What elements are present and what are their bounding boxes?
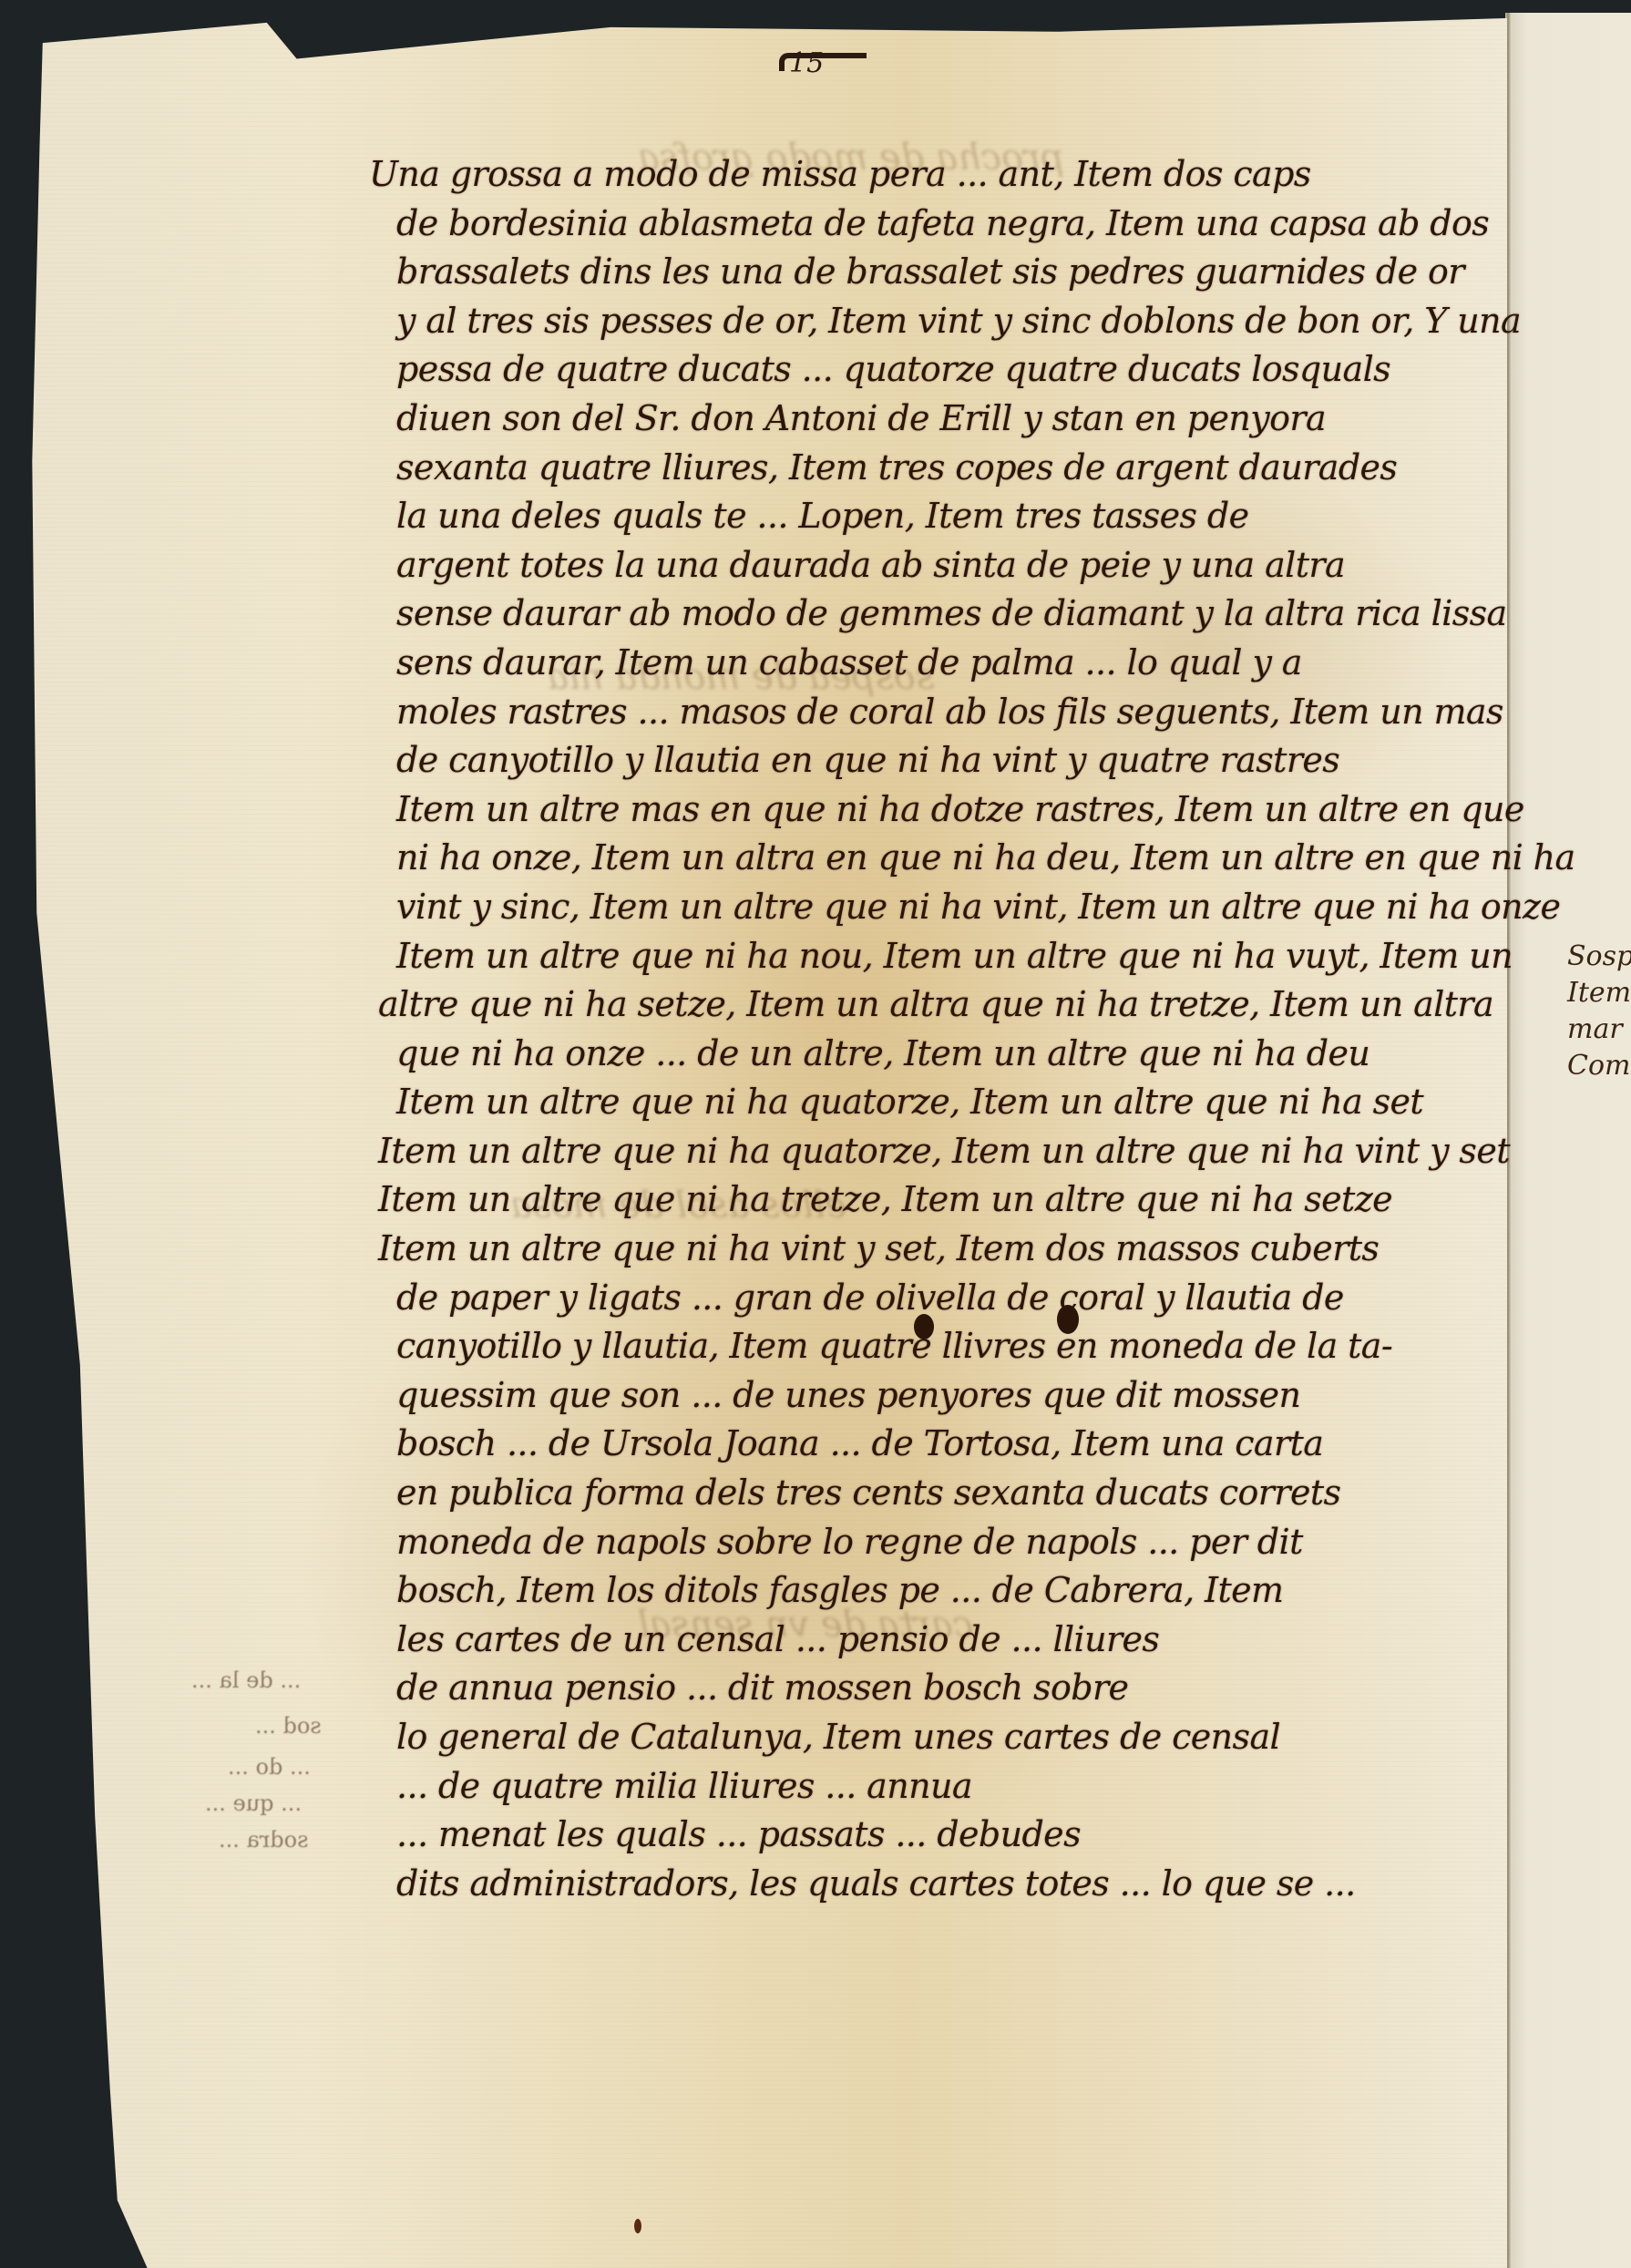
text-line: quessim que son ... de unes penyores que… <box>396 1376 1453 1425</box>
text-line: altre que ni ha setze, Item un altra que… <box>378 985 1453 1034</box>
margin-bleed-text: ... de la ... <box>191 1668 301 1693</box>
margin-bleed-text: ... do ... <box>228 1754 311 1780</box>
text-line: lo general de Catalunya, Item unes carte… <box>396 1718 1453 1767</box>
text-line: de canyotillo y llautia en que ni ha vin… <box>396 741 1453 790</box>
text-line: sense daurar ab modo de gemmes de diaman… <box>396 594 1453 643</box>
text-line: vint y sinc, Item un altre que ni ha vin… <box>396 888 1453 937</box>
text-line: Item un altre que ni ha vint y set, Item… <box>378 1229 1453 1278</box>
text-line: bosch, Item los ditols fasgles pe ... de… <box>396 1571 1453 1620</box>
manuscript-text-block: Una grossa a modo de missa pera ... ant,… <box>369 155 1453 1913</box>
margin-note-line: Item <box>1567 975 1631 1011</box>
text-line: ... de quatre milia lliures ... annua <box>396 1767 1453 1816</box>
text-line: sexanta quatre lliures, Item tres copes … <box>396 448 1453 498</box>
text-line: diuen son del Sr. don Antoni de Erill y … <box>396 399 1453 448</box>
text-line: ni ha onze, Item un altra en que ni ha d… <box>396 838 1453 888</box>
ink-blot <box>1057 1305 1079 1334</box>
text-line: de bordesinia ablasmeta de tafeta negra,… <box>396 204 1453 253</box>
facing-page <box>1509 13 1631 2268</box>
text-line: en publica forma dels tres cents sexanta… <box>396 1473 1453 1523</box>
margin-note-line: Sospe <box>1567 939 1631 975</box>
text-line: Item un altre que ni ha quatorze, Item u… <box>378 1132 1453 1181</box>
text-line: que ni ha onze ... de un altre, Item un … <box>396 1034 1453 1083</box>
text-line: pessa de quatre ducats ... quatorze quat… <box>396 350 1453 399</box>
facing-page-marginal-note: Sospe Item mar Com <box>1567 939 1631 1084</box>
text-line: ... menat les quals ... passats ... debu… <box>396 1815 1453 1864</box>
text-line: sens daurar, Item un cabasset de palma .… <box>396 643 1453 693</box>
margin-note-line: Com <box>1567 1048 1631 1084</box>
ink-blot <box>634 2219 641 2233</box>
ink-blot <box>914 1314 934 1339</box>
text-line: Item un altre que ni ha nou, Item un alt… <box>396 937 1453 986</box>
text-line: Item un altre que ni ha tretze, Item un … <box>378 1180 1453 1229</box>
text-line: bosch ... de Ursola Joana ... de Tortosa… <box>396 1424 1453 1473</box>
margin-bleed-text: sod ... <box>255 1713 322 1739</box>
text-line: Una grossa a modo de missa pera ... ant,… <box>369 155 1453 204</box>
manuscript-scan: procha de modo grofsa sospea de monda ni… <box>0 0 1631 2268</box>
text-line: moles rastres ... masos de coral ab los … <box>396 693 1453 742</box>
text-line: de annua pensio ... dit mossen bosch sob… <box>396 1668 1453 1718</box>
text-line: argent totes la una daurada ab sinta de … <box>396 546 1453 595</box>
text-line: Item un altre mas en que ni ha dotze ras… <box>396 790 1453 839</box>
text-line: la una deles quals te ... Lopen, Item tr… <box>396 497 1453 546</box>
text-line: les cartes de un censal ... pensio de ..… <box>396 1620 1453 1669</box>
text-line: moneda de napols sobre lo regne de napol… <box>396 1523 1453 1572</box>
margin-bleed-text: ... que ... <box>205 1791 302 1816</box>
text-line: Item un altre que ni ha quatorze, Item u… <box>396 1083 1453 1132</box>
text-line: brassalets dins les una de brassalet sis… <box>396 252 1453 302</box>
text-line: y al tres sis pesses de or, Item vint y … <box>396 302 1453 351</box>
margin-bleed-text: sodra ... <box>219 1827 308 1852</box>
text-line: dits administradors, les quals cartes to… <box>396 1864 1453 1914</box>
margin-note-line: mar <box>1567 1011 1631 1048</box>
folio-number: 15 <box>789 47 824 79</box>
